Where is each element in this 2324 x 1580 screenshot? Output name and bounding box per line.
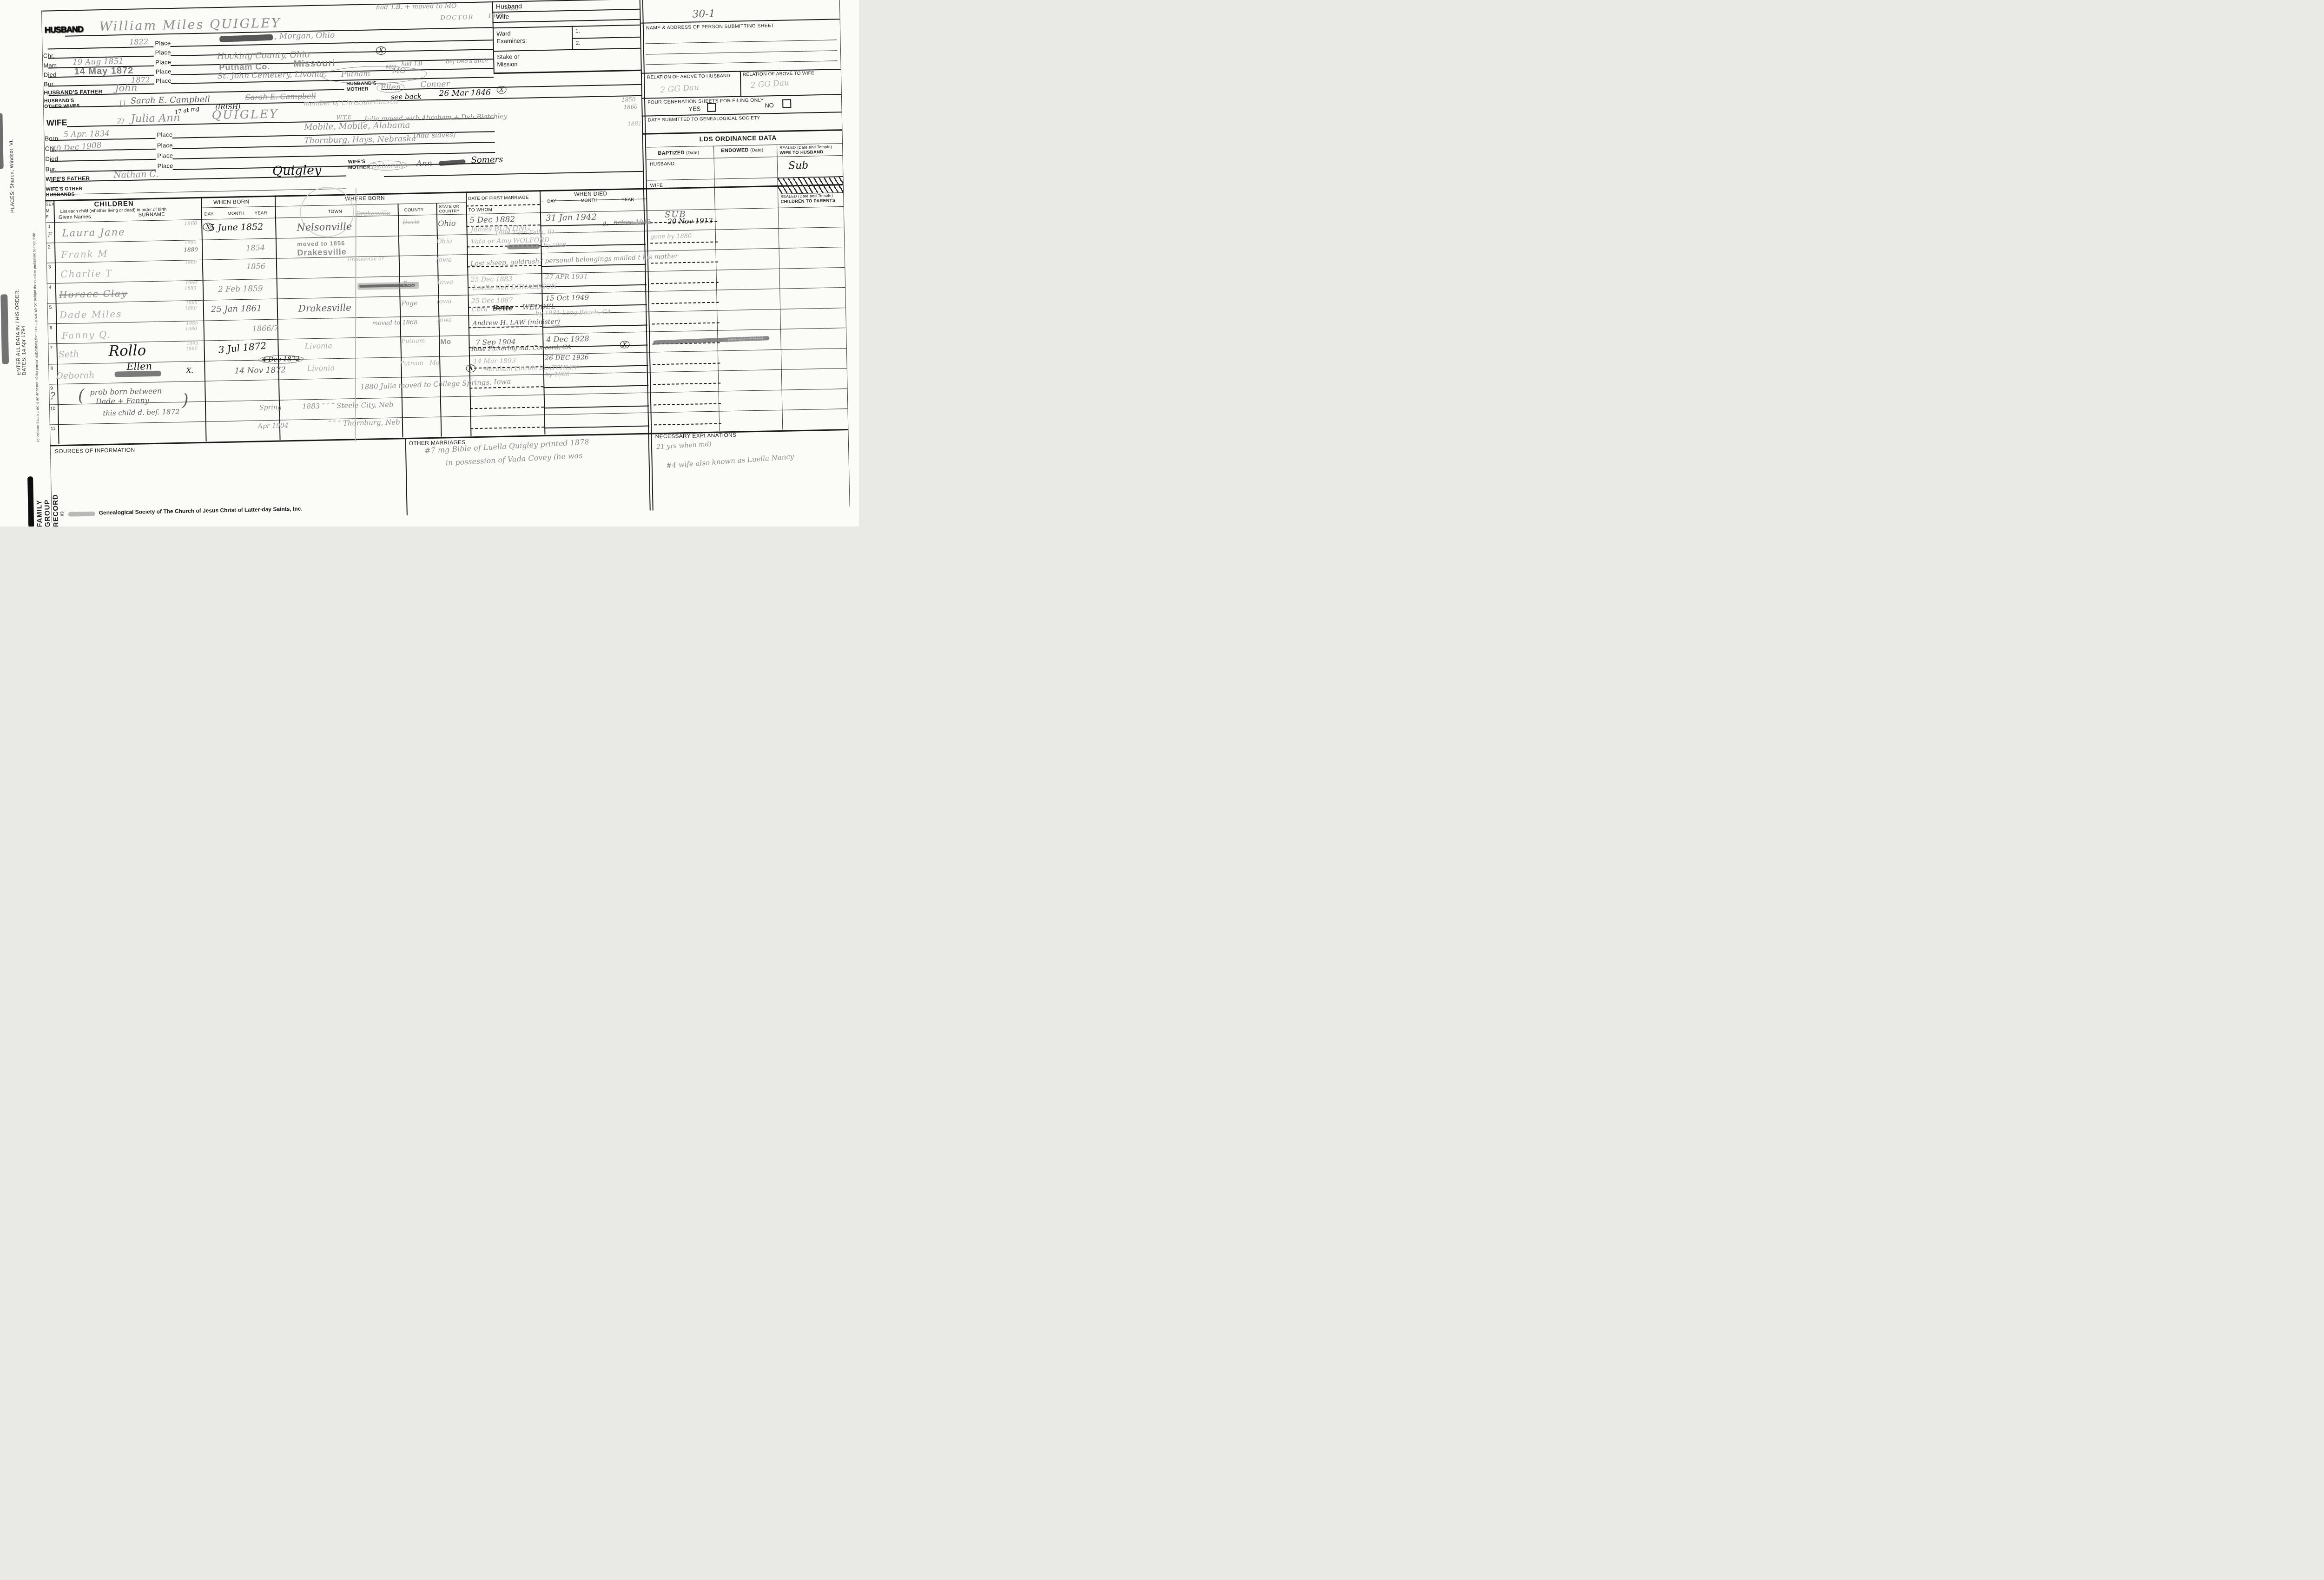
sex-m-label: M: [46, 208, 49, 213]
husband-born-value: 1822: [129, 37, 148, 46]
husband-bur-place3: MO: [392, 66, 406, 75]
no-checkbox: [782, 99, 791, 108]
endowed-date-label: (Date): [750, 148, 763, 153]
husband-mother-surname: Conner: [420, 79, 450, 89]
death-place-note: 1908 Twin Falls, ID: [495, 229, 555, 237]
wife-born-value: 5 Apr. 1834: [63, 129, 110, 139]
chr-label: Chr.: [43, 52, 55, 59]
wife-margin-1881: 1881: [627, 120, 642, 127]
smudge: [68, 512, 95, 517]
spouse-died-prefix: d.: [602, 220, 608, 227]
form-sheet: PLACES: Sharon, Windsor, Vt. ENTER ALL D…: [0, 0, 859, 527]
sheet-code: 30-1: [692, 8, 715, 20]
yes-label: YES: [688, 105, 700, 112]
child-born: Apr 1904: [258, 422, 289, 430]
wife-born-place: Mobile, Mobile, Alabama: [304, 120, 410, 132]
child-state: Iowa: [437, 298, 452, 305]
row-num: 2: [48, 244, 51, 250]
wife-to-husband-label: WIFE TO HUSBAND: [779, 150, 823, 156]
died-note-deb: bef Deb's birth: [446, 57, 488, 65]
child-county: Page: [403, 280, 419, 288]
child-given: Deborah: [56, 370, 94, 382]
relation-husband-label: RELATION OF ABOVE TO HUSBAND: [647, 73, 730, 80]
ancestor-x: X.: [186, 366, 193, 375]
child-state: Iowa: [436, 256, 452, 264]
wife-mother-surname: Somers: [471, 155, 503, 165]
child-state: Iowa: [437, 278, 454, 286]
marr-label: Marr.: [43, 62, 58, 69]
order-line2: DATES: 14 Apr 1794: [21, 326, 27, 375]
child-given: Fanny Q.: [62, 329, 111, 341]
child-state: Iowa: [437, 316, 452, 324]
baptized-header: BAPTIZED (Date): [658, 150, 699, 156]
husband-bur-place2: Putnam: [341, 69, 370, 78]
corrected-date: 20 Nov 1913: [667, 217, 713, 226]
husband-sealed-value: Sub: [788, 160, 809, 172]
mother-note-x: X: [496, 86, 507, 94]
name-note1: prob born between: [90, 387, 162, 397]
died-year-label: YEAR: [621, 197, 634, 203]
child-died: 26 DEC 1926: [545, 354, 589, 362]
paren-close: ): [182, 390, 189, 409]
given-names-label: Given Names: [59, 214, 91, 220]
county-faint: Davis: [403, 218, 420, 226]
surname-label: SURNAME: [139, 211, 165, 217]
fgr-group: GROUP: [43, 499, 52, 527]
row-num: 5: [49, 305, 52, 310]
children-to-parents-label: CHILDREN TO PARENTS: [780, 198, 835, 204]
place-label: Place: [157, 131, 172, 138]
child-given-ink: Ellen: [126, 361, 152, 372]
hatched-cell: [777, 177, 843, 194]
note: by 1908: [545, 371, 570, 378]
sources-label: SOURCES OF INFORMATION: [55, 447, 135, 454]
census-mark: 1860: [184, 220, 197, 227]
died-label: Died: [45, 155, 58, 163]
wife-father-value: Nathan C.: [113, 169, 159, 180]
month-label: MONTH: [228, 211, 245, 217]
yes-checkbox: [707, 103, 716, 112]
other-marriages-line2: in possession of Vada Covey (he was: [445, 451, 583, 467]
endowed-header: ENDOWED (Date): [721, 147, 763, 154]
town-faint: Drakesville or: [348, 256, 384, 263]
town-note: moved to 1856: [297, 240, 345, 248]
wife-mother-label: WIFE'S MOTHER: [348, 159, 370, 171]
wife-wte-note: W.T.E: [337, 114, 352, 121]
child-born: 14 Nov 1872: [234, 365, 286, 375]
census-mark: 1860: [185, 280, 198, 286]
child-given: Frank M: [61, 248, 108, 260]
child-county: Putnam: [401, 337, 425, 345]
died-month-label: MONTH: [581, 198, 598, 204]
four-gen-label: FOUR GENERATION SHEETS FOR FILING ONLY: [647, 97, 764, 105]
child-town: Livonia: [304, 341, 332, 350]
paren-open: (: [78, 386, 85, 405]
spouse-x: X: [466, 364, 476, 372]
child-died: 27 APR 1931: [545, 273, 588, 281]
child-given: Laura Jane: [62, 226, 125, 239]
ward-label2: Examiners:: [496, 37, 527, 45]
child-given: Dade Miles: [59, 308, 122, 321]
relation-wife-label: RELATION OF ABOVE TO WIFE: [743, 71, 814, 77]
copyright-text: Genealogical Society of The Church of Je…: [99, 506, 302, 516]
child-born: 3 Jul 1872: [218, 340, 267, 355]
faint-drakesville: Drakesville: [356, 210, 390, 217]
other-wives-label2: OTHER WIVES: [44, 103, 80, 110]
moved-year-1860: 1860: [623, 104, 638, 111]
sex-f-label: F: [46, 214, 49, 219]
child-marriage: 25 Dec 1883: [471, 275, 513, 283]
place-label: Place: [157, 142, 173, 149]
state-label1: STATE OR: [439, 204, 459, 209]
torn-edge-mark: [0, 294, 9, 364]
lds-title: LDS ORDINANCE DATA: [700, 134, 777, 143]
wife-died-value: 30 Dec 1908: [51, 140, 102, 154]
child-spouse: Cora: [472, 306, 488, 314]
ward-label1: Ward: [496, 30, 511, 37]
row-num: 4: [49, 285, 52, 290]
stake-mission-label: Stake or Mission: [497, 53, 520, 68]
relation-wife-value: 2 GG Dau: [750, 78, 790, 90]
town-note: 1880 Julia moved to College Springs, Iow…: [360, 377, 511, 391]
state-country-label: STATE OR COUNTRY: [439, 204, 459, 214]
child-born: 25 Jan 1861: [211, 303, 262, 314]
row-num: 3: [48, 264, 51, 270]
husband-note-doctor: DOCTOR: [440, 14, 474, 21]
husband-father-label: HUSBAND'S FATHER: [44, 88, 102, 96]
date-submitted-label: DATE SUBMITTED TO GENEALOGICAL SOCIETY: [648, 116, 760, 123]
husband-mother-label: HUSBAND'S MOTHER: [346, 81, 376, 92]
child-given: Horace Clay: [59, 288, 128, 300]
sex-header: SEX M F: [46, 201, 55, 220]
wife-father-label: WIFE'S FATHER: [46, 175, 90, 183]
margin-note: Jan 22, 1973: [727, 336, 763, 343]
husband-note-tb: had T.B. + moved to MO: [376, 2, 457, 11]
child-born: 5 June 1852: [209, 222, 263, 233]
other-husbands-label2: HUSBANDS: [46, 191, 75, 197]
row-num: 11: [51, 426, 56, 431]
name-note2: Dade + Fanny: [96, 396, 149, 406]
bur-label: Bur.: [44, 80, 55, 87]
wife-section-label: WIFE: [46, 118, 67, 128]
wife-born-note: (had slaves): [413, 131, 456, 140]
day-label: DAY: [205, 211, 214, 217]
mother-note-date: 26 Mar 1846: [439, 88, 491, 98]
child-town: Livonia: [307, 363, 335, 373]
baptized-date-label: (Date): [686, 150, 699, 156]
wife-father-surname: Quigley: [272, 163, 322, 178]
note: by 1908: [543, 242, 566, 249]
place-label: Place: [155, 68, 171, 75]
fgr-family: FAMILY: [35, 500, 44, 527]
born-label: Born: [45, 135, 58, 142]
child-town: Nelsonville: [297, 221, 352, 233]
child-town: Drakesville: [298, 302, 352, 314]
state-label2: COUNTRY: [439, 209, 460, 214]
husband-father-value: John: [115, 82, 138, 94]
wife-other-husbands-label: WIFE'S OTHER HUSBANDS: [46, 186, 83, 198]
child-born: 1866/7: [252, 324, 279, 333]
sidebar-x-instruction: To indicate that a child is an ancestor …: [31, 203, 40, 442]
town-note2: Drakesville: [297, 247, 346, 258]
census-mark: 1885: [186, 300, 198, 306]
scribbled-out-place: [219, 34, 273, 42]
ward-examiners-label: Ward Examiners:: [496, 30, 527, 46]
child-sex: ?: [50, 390, 55, 402]
husband-name: William Miles QUIGLEY: [99, 16, 281, 34]
census-mark: 1885: [186, 321, 198, 326]
necessary-explanations-line2: #4 wife also known as Luella Nancy: [666, 452, 794, 470]
when-born-label: WHEN BORN: [213, 198, 250, 206]
struck-name: Bette: [493, 303, 513, 312]
county-label: COUNTY: [404, 207, 424, 213]
sealed-children-header: SEALED (Date and Temple) CHILDREN TO PAR…: [780, 193, 835, 205]
child-marriage: 14 Mar 1893: [473, 357, 516, 365]
margin-note: gone by 1880: [650, 233, 692, 241]
wife-mother-given: Deborah: [368, 160, 408, 171]
necessary-explanations-line1: 21 yrs when md): [656, 441, 712, 451]
place-label: Place: [155, 59, 171, 66]
lds-husband-row-label: HUSBAND: [650, 161, 675, 167]
child-given: Charlie T: [60, 268, 112, 280]
child-died: 15 Oct 1949: [545, 293, 589, 303]
name-note1: this child d. bef. 1872: [103, 408, 180, 417]
census-mark: 1880: [184, 246, 198, 253]
child-county: Page: [402, 300, 418, 308]
note: by 1931 Long Beach, CA: [535, 309, 611, 317]
husband-bur-place: St. John Cemetery, Livonia,: [218, 69, 327, 81]
other-wives-value: Sarah E. Campbell: [131, 94, 210, 105]
relation-husband-value: 2 GG Dau: [660, 83, 700, 95]
family-group-record-scan: PLACES: Sharon, Windsor, Vt. ENTER ALL D…: [0, 0, 859, 527]
born-struck: 4 Dec 1872: [258, 355, 304, 364]
child-born: Spring: [259, 403, 282, 411]
census-mark: 1880: [185, 346, 198, 352]
children-title: CHILDREN: [94, 200, 134, 209]
family-group-record-label: FAMILY GROUP RECORD: [35, 494, 60, 527]
died-label: Died: [44, 71, 57, 79]
town-note: moved to 1868: [372, 319, 417, 327]
panel-husband-label: Husband: [496, 2, 522, 10]
census-mark: 1880: [185, 306, 197, 311]
ward-examiner-1: 1.: [575, 27, 580, 34]
spouse-x: X: [620, 341, 629, 348]
baptized-label: BAPTIZED: [658, 150, 685, 156]
family-group-record-bar: [27, 476, 34, 527]
row-num: 8: [50, 366, 53, 371]
place-label: Place: [158, 162, 173, 170]
place-label: Place: [155, 39, 171, 47]
census-mark: 1860: [185, 260, 197, 265]
row-num: 6: [50, 325, 53, 330]
husband-mother-given: Ellen: [376, 82, 405, 93]
census-mark: 1880: [185, 326, 198, 332]
copyright-symbol: ©: [60, 510, 65, 517]
year-label: YEAR: [255, 211, 267, 216]
wife-name: Julia Ann: [131, 112, 180, 125]
place-label: Place: [157, 152, 173, 159]
row-num: 10: [50, 406, 55, 411]
child-county: Putnam: [400, 360, 423, 367]
child-born: 1854: [246, 243, 265, 252]
panel-wife-label: Wife: [496, 13, 509, 20]
census-mark: 1885: [186, 341, 198, 346]
husband-mother-label2: MOTHER: [346, 86, 369, 92]
to-whom-label: TO WHOM: [469, 207, 493, 213]
child-state: Mo: [440, 338, 451, 346]
place-label: Place: [155, 49, 171, 56]
town-note: 1883 ″ ″ ″ Steele City, Neb: [302, 401, 394, 411]
child-spouse: Luella Nell DONALDSON: [473, 283, 557, 292]
sidebar-places-note: PLACES: Sharon, Windsor, Vt.: [8, 139, 15, 213]
wife-mother-label2: MOTHER: [348, 164, 370, 170]
scribbled-out: [507, 244, 540, 249]
row-num: 1: [48, 224, 51, 229]
church-note: member of Christian Church: [304, 98, 398, 107]
child-died: 31 Jan 1942: [546, 212, 597, 223]
stake-label2: Mission: [497, 60, 517, 68]
fgr-record: RECORD: [51, 494, 59, 527]
torn-edge-mark: [0, 113, 4, 169]
child-spouse: Rose Pickering md. Concord, CA: [471, 344, 572, 353]
husband-died-place2: Missouri: [293, 58, 336, 70]
marr-x-mark: X: [376, 46, 386, 55]
place-label: Place: [156, 77, 172, 85]
ward-examiner-2: 2.: [575, 39, 580, 46]
other-wives-num: 1): [119, 99, 126, 107]
child-state: Ohio: [438, 219, 456, 228]
sidebar-order-note: ENTER ALL DATA IN THIS ORDER: DATES: 14 …: [14, 289, 27, 375]
sealed-label: SEALED (Date and Temple): [779, 145, 832, 150]
husband-died-value: 14 May 1872: [74, 66, 133, 78]
child-given-ink: Rollo: [108, 342, 146, 360]
sex-label: SEX: [46, 202, 54, 206]
child-marriage: 5 Dec 1882: [469, 215, 515, 225]
died-day-label: DAY: [547, 198, 556, 204]
when-died-label: WHEN DIED: [574, 190, 607, 197]
wife-surname: QUIGLEY: [211, 107, 278, 122]
husband-section-label: HUSBAND: [45, 25, 83, 35]
census-mark: 1860: [185, 240, 197, 245]
census-mark: 1885: [185, 286, 197, 291]
sealed-wife-header: SEALED (Date and Temple) WIFE TO HUSBAND: [779, 145, 832, 157]
child-born: 1856: [246, 262, 265, 271]
lds-wife-row-label: WIFE: [650, 183, 663, 189]
child-given: Seth: [59, 349, 79, 360]
moved-year-1850: 1850: [621, 96, 636, 103]
husband-born-place: , Morgan, Ohio: [274, 31, 335, 41]
child-born: 2 Feb 1859: [218, 284, 263, 294]
stake-label1: Stake or: [497, 53, 520, 60]
wife-name-num: 2): [117, 117, 125, 125]
no-label: NO: [765, 102, 774, 109]
struck-date: before 1942: [614, 218, 651, 226]
husband-other-wives-label: HUSBAND'S OTHER WIVES: [44, 98, 80, 110]
row-num: 7: [50, 345, 53, 350]
necessary-explanations-label: NECESSARY EXPLANATIONS: [655, 432, 736, 440]
name-address-label: NAME & ADDRESS OF PERSON SUBMITTING SHEE…: [646, 23, 774, 31]
endowed-label: ENDOWED: [721, 147, 749, 153]
wife-mother-middle: Ann: [416, 159, 432, 169]
bur-label: Bur.: [46, 165, 57, 172]
child-sex: F: [47, 231, 52, 239]
child-state: Mo: [429, 360, 439, 367]
child-state: Ohio: [436, 237, 452, 245]
first-marriage-label: DATE OF FIRST MARRIAGE: [468, 195, 528, 202]
scribbled-out-name: [438, 159, 466, 166]
town-note: ″ ″ ″ Thornburg, Neb: [329, 418, 400, 428]
child-died: 4 Dec 1928: [546, 334, 589, 344]
